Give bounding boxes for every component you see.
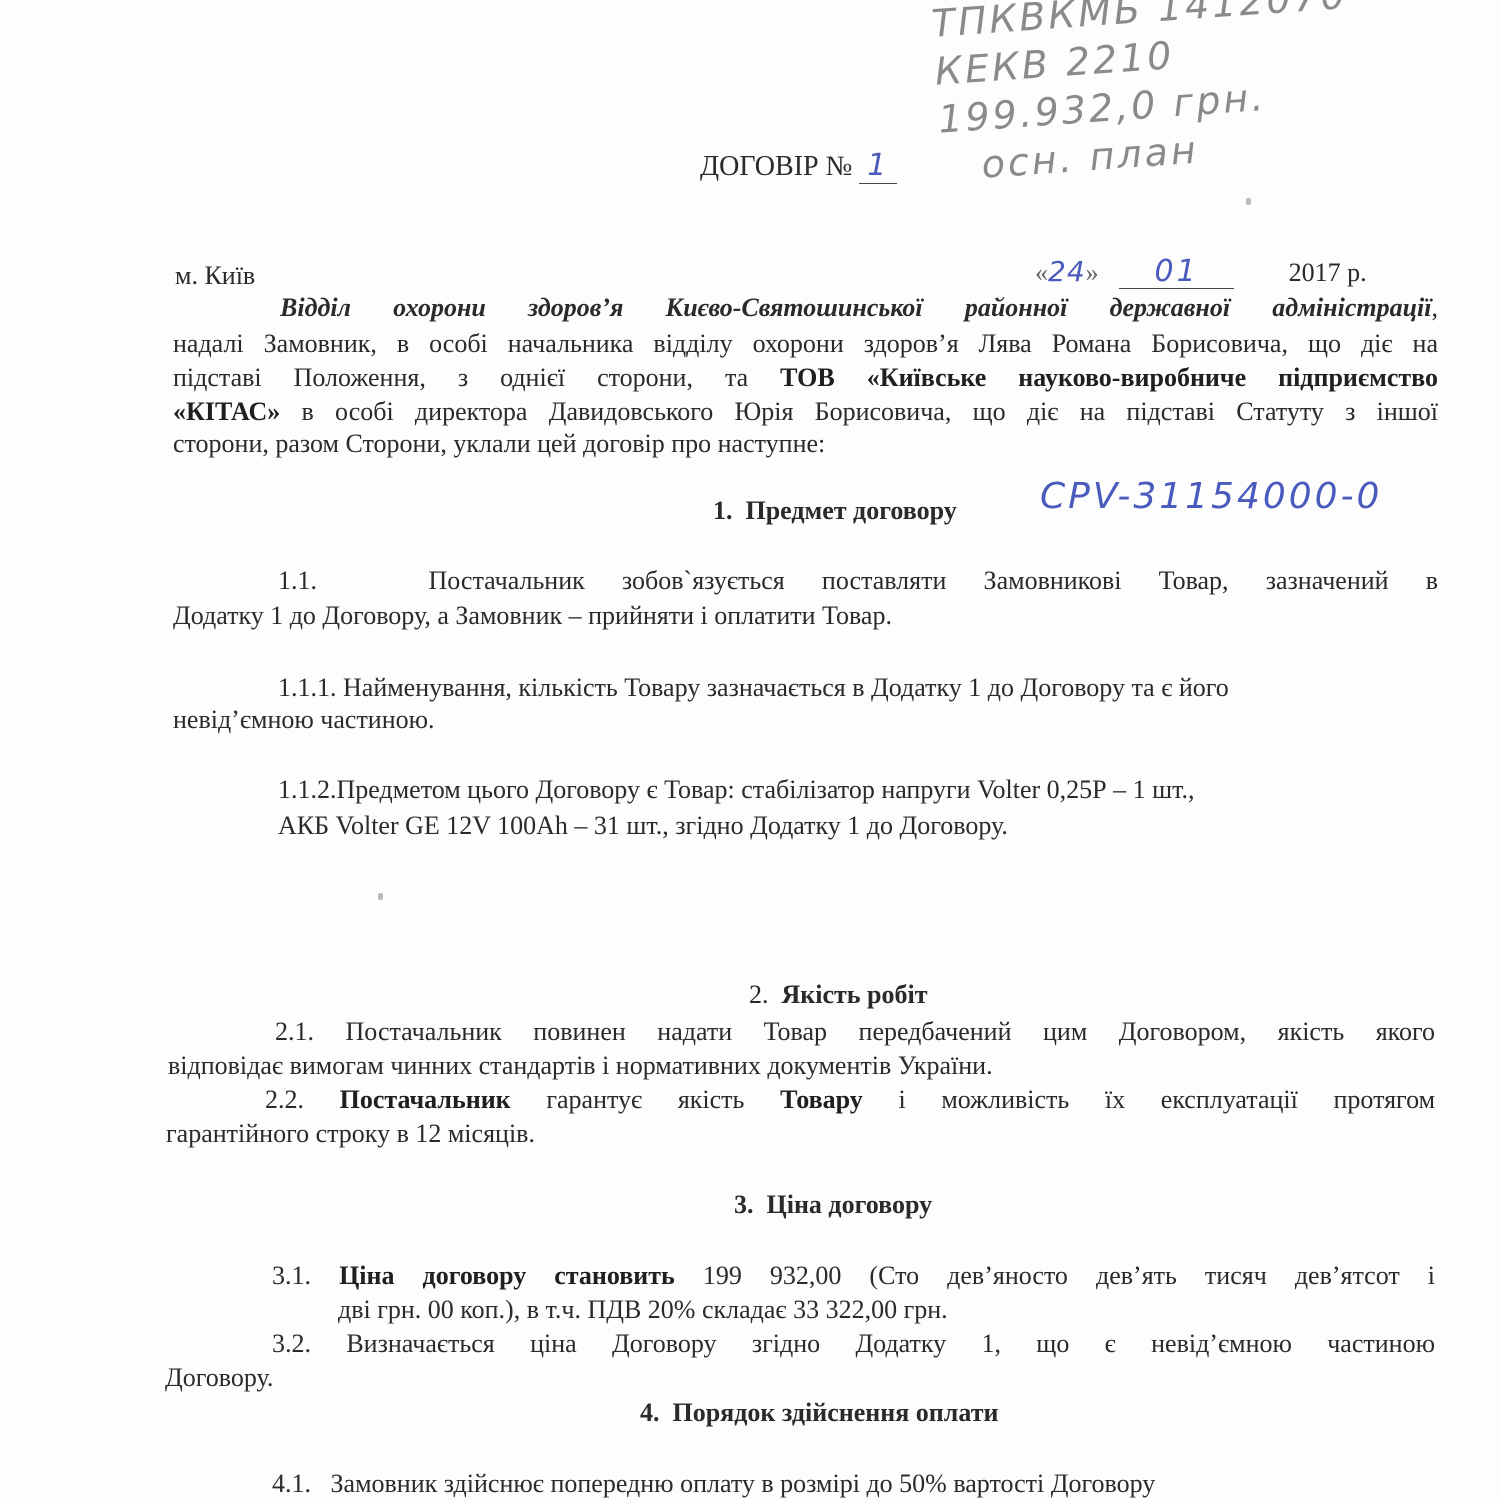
- clause-1-1-2-line-2: АКБ Volter GE 12V 100Ah – 31 шт., згідно…: [278, 810, 1008, 842]
- title-label: ДОГОВІР №: [700, 151, 852, 182]
- preamble-line-4: «КІТАС» в особі директора Давидовського …: [173, 396, 1438, 428]
- section-3-heading: 3. Ціна договору: [734, 1190, 932, 1220]
- clause-3-2-line-2: Договору.: [165, 1362, 273, 1394]
- supplier-name-cont: «КІТАС»: [173, 397, 280, 426]
- contract-number: 1: [859, 148, 897, 184]
- date-month: 01: [1119, 256, 1234, 289]
- date-day: 24: [1048, 255, 1086, 288]
- city: м. Київ: [175, 260, 255, 292]
- clause-3-1-line-2: дві грн. 00 коп.), в т.ч. ПДВ 20% склада…: [338, 1294, 948, 1326]
- clause-2-2-line-1: 2.2. Постачальник гарантує якість Товару…: [265, 1084, 1435, 1116]
- cpv-code-annotation: CPV-31154000-0: [1040, 476, 1382, 517]
- clause-2-1-line-1: 2.1. Постачальник повинен надати Товар п…: [275, 1016, 1435, 1048]
- supplier-name: ТОВ «Київське науково-виробниче підприєм…: [780, 363, 1438, 392]
- section-1-heading: 1. Предмет договору: [713, 496, 957, 526]
- clause-1-1-1-line-1: 1.1.1. Найменування, кількість Товару за…: [278, 672, 1229, 704]
- section-4-heading: 4. Порядок здійснення оплати: [640, 1398, 998, 1428]
- date-year: 2017 р.: [1289, 258, 1367, 287]
- clause-2-2-line-2: гарантійного строку в 12 місяців.: [166, 1118, 535, 1150]
- handwritten-annotations: ТПКВКМБ 1412070 КЕКВ 2210 199.932,0 грн.…: [930, 0, 1359, 192]
- clause-1-1-1-line-2: невід’ємною частиною.: [173, 704, 435, 736]
- contract-date: «24» 01 2017 р.: [1035, 256, 1367, 289]
- document-title: ДОГОВІР № 1: [700, 148, 897, 184]
- preamble-line-2: надалі Замовник, в особі начальника відд…: [173, 328, 1438, 360]
- section-2-heading: 2. Якість робіт: [749, 980, 928, 1010]
- clause-4-1-line-1: 4.1. Замовник здійснює попередню оплату …: [272, 1468, 1155, 1500]
- customer-name: Відділ охорони здоров’я Києво-Святошинсь…: [280, 293, 1432, 322]
- scan-speck: [378, 893, 383, 900]
- clause-2-1-line-2: відповідає вимогам чинних стандартів і н…: [168, 1050, 993, 1082]
- clause-1-1-line-2: Додатку 1 до Договору, а Замовник – прий…: [173, 600, 892, 632]
- preamble-line-5: сторони, разом Сторони, уклали цей догов…: [173, 428, 825, 460]
- clause-3-1-line-1: 3.1. Ціна договору становить 199 932,00 …: [272, 1260, 1435, 1292]
- scan-speck: [1246, 198, 1251, 205]
- preamble-line-1: Відділ охорони здоров’я Києво-Святошинсь…: [280, 292, 1438, 324]
- clause-1-1-line-1: 1.1. Постачальник зобов`язується поставл…: [278, 565, 1438, 597]
- clause-1-1-2-line-1: 1.1.2.Предметом цього Договору є Товар: …: [278, 774, 1195, 806]
- clause-3-2-line-1: 3.2. Визначається ціна Договору згідно Д…: [272, 1328, 1435, 1360]
- preamble-line-3: підставі Положення, з однієї сторони, та…: [173, 362, 1438, 394]
